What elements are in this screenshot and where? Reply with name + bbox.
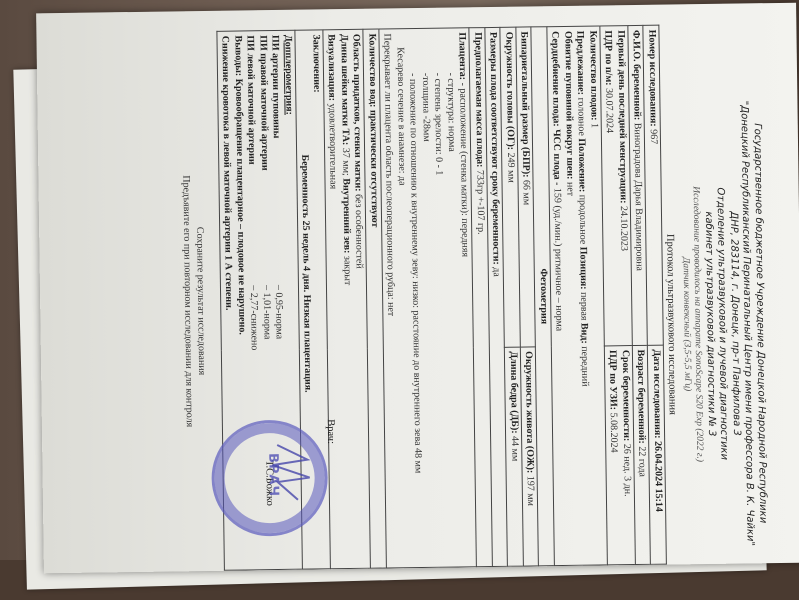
term-label: Срок беременности: xyxy=(620,350,632,442)
placenta-structure: - структура: норма xyxy=(444,32,457,151)
edd-us-label: ПДР по УЗИ: xyxy=(607,350,619,410)
edd-us-value: 5.08.2024 xyxy=(608,413,620,453)
fetus-info-cell: Количество плодов: 1 Предлежание: головн… xyxy=(546,26,607,566)
document-content: Государственное бюджетное Учреждение Дон… xyxy=(71,23,768,573)
conclusion-label: Заключение: xyxy=(310,34,322,92)
doctor-label: Врач: xyxy=(325,419,336,444)
age-cell: Возраст беременной: 22 года xyxy=(632,345,651,565)
signature-icon xyxy=(257,439,318,510)
fl-cell: Длина бедра (ДБ): 44 мм xyxy=(504,347,523,567)
hc-label: Окружность головы (ОГ): xyxy=(503,32,516,151)
study-date-cell: Дата исследования: 26.04.2024 15:14 xyxy=(647,345,666,565)
position-value: продольное xyxy=(577,195,589,245)
ultrasound-protocol-sheet: Государственное бюджетное Учреждение Дон… xyxy=(36,3,799,574)
fluid-value: практически отсутствуют xyxy=(367,110,380,228)
patient-label: Ф.И.О. беременной: xyxy=(631,30,643,120)
view-label: Вид: xyxy=(579,323,590,344)
presentation-value: головное xyxy=(575,97,587,136)
lmp-value: 24.10.2023 xyxy=(618,206,630,251)
heartbeat-value: 159 (уд./мин.) ритмичное – норма xyxy=(552,188,565,331)
footer-note: Сохраните результат исследования Предъяв… xyxy=(177,31,210,571)
uterus-cell: Область придатков, стенки матки: без осо… xyxy=(323,29,371,569)
visualization-label: Визуализация: xyxy=(326,34,338,101)
institution-header: Государственное бюджетное Учреждение Дон… xyxy=(675,23,769,564)
internal-os-label: Внутренний зев: xyxy=(340,178,352,253)
position-label: Положение: xyxy=(576,138,588,192)
pos-label: Позиция: xyxy=(578,247,590,290)
ac-cell: Окружность живота (ОЖ): 197 мм xyxy=(520,347,539,567)
ac-value: 197 мм xyxy=(525,476,536,506)
placenta-location: - расположение (стенка матки): передняя xyxy=(457,83,470,258)
doctor-signature-block: Врач: Т.С.Божко xyxy=(324,419,337,444)
view-value: передний xyxy=(579,346,591,386)
pos-value: первая xyxy=(578,292,589,321)
doppler-title: Допплерометрия: xyxy=(282,35,294,115)
bpd-value: 66 мм xyxy=(521,180,532,205)
cord-label: Обвитие пуповиной вокруг шеи: xyxy=(562,31,575,180)
heartbeat-label: Сердцебиение плода: ЧСС плода - xyxy=(550,31,563,186)
ac-label: Окружность живота (ОЖ): xyxy=(523,351,536,473)
placenta-cell: Плацента: - расположение (стенка матки):… xyxy=(379,28,477,568)
presentation-label: Предлежание: xyxy=(575,31,587,95)
weight-label: Предполагаемая масса плода: xyxy=(472,32,485,167)
placenta-thickness: -толщина -28мм xyxy=(419,33,432,142)
fl-value: 44 мм xyxy=(509,436,520,461)
term-value: 26 нед. 3 дн. xyxy=(621,444,633,497)
study-number-label: Номер исследования: xyxy=(646,30,658,127)
term-cell: Срок беременности: 26 нед. 3 дн. ПДР по … xyxy=(604,345,635,565)
fluid-label: Количество вод: xyxy=(366,34,378,108)
fl-label: Длина бедра (ДБ): xyxy=(508,351,520,433)
appendages-value: без особенностей xyxy=(353,194,365,269)
age-value: 22 года xyxy=(636,446,647,477)
age-label: Возраст беременной: xyxy=(635,350,647,444)
edd-lmp-label: ПДР по п/м: xyxy=(603,30,615,85)
study-number-value: 967 xyxy=(647,129,658,144)
appendages-label: Область придатков, стенки матки: xyxy=(351,34,364,192)
size-match-value: да xyxy=(491,267,502,277)
study-date-value: 26.04.2024 15:14 xyxy=(652,441,664,512)
cord-value: нет xyxy=(564,182,575,196)
visualization-value: удовлетворительная xyxy=(327,103,339,189)
placenta-maturity: - степень зрелости: 0 - 1 xyxy=(432,33,445,176)
cervix-value: 37 мм; xyxy=(340,148,351,176)
edd-lmp-value: 30.07.2024 xyxy=(603,88,615,133)
internal-os-value: закрыт xyxy=(341,256,352,285)
placenta-cesarean: Кесарево сечение в анамнезе: да xyxy=(394,33,407,185)
patient-value: Виноградова Дарья Владимировна xyxy=(632,123,645,271)
cervix-label: Длина шейки матки ТА: xyxy=(338,34,351,145)
lmp-cell: Первый день последней менструации: 24.10… xyxy=(599,26,631,346)
fetus-count-value: 1 xyxy=(588,123,599,128)
study-date-label: Дата исследования: xyxy=(651,349,663,438)
lmp-label: Первый день последней менструации: xyxy=(615,30,628,203)
hc-value: 249 мм xyxy=(505,153,516,183)
bpd-label: Бипариетальный размер (БПР): xyxy=(519,31,532,177)
fetus-count-label: Количество плодов: xyxy=(587,30,599,120)
weight-value: 733гр +-107 гр. xyxy=(474,170,486,235)
size-match-label: Размеры плода соответствуют сроку береме… xyxy=(488,32,502,265)
placenta-label: Плацента: xyxy=(457,32,469,80)
